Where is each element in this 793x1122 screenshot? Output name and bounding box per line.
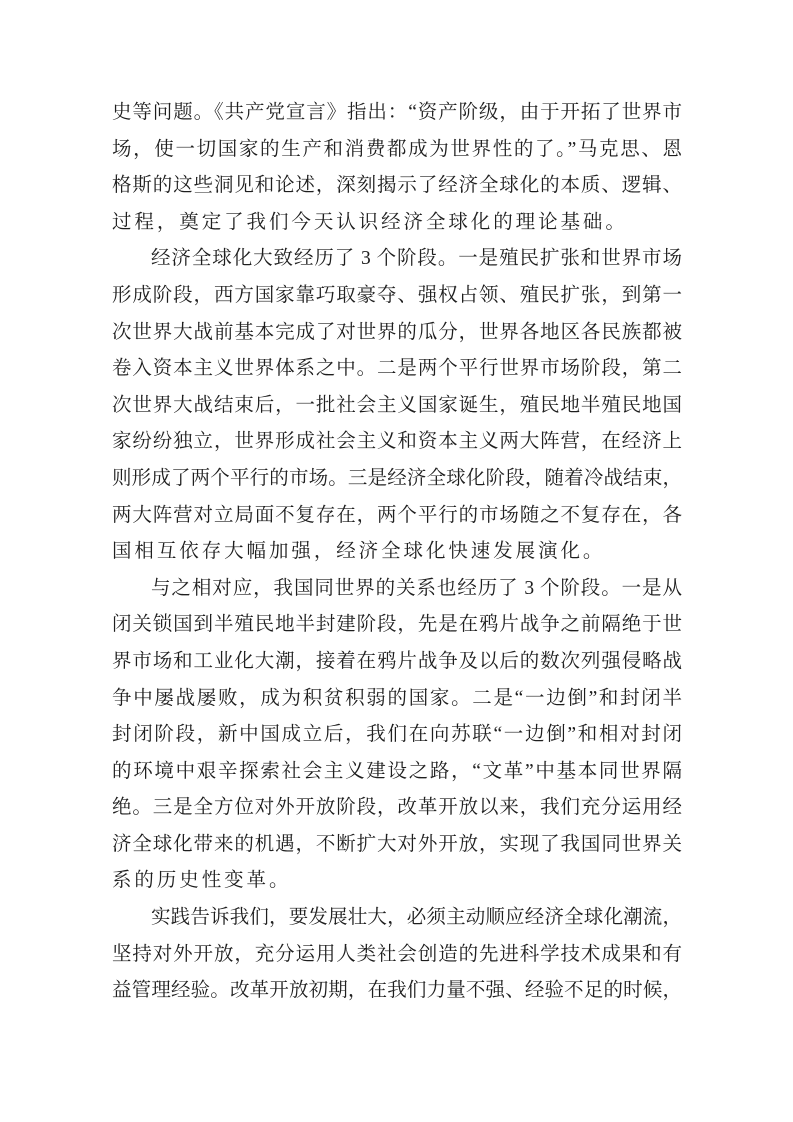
text-line: 的环境中艰辛探索社会主义建设之路，“文革”中基本同世界隔 <box>112 754 682 791</box>
text-line: 家纷纷独立，世界形成社会主义和资本主义两大阵营，在经济上 <box>112 424 682 461</box>
text-line: 与之相对应，我国同世界的关系也经历了 3 个阶段。一是从 <box>112 571 682 608</box>
text-line: 卷入资本主义世界体系之中。二是两个平行世界市场阶段，第二 <box>112 351 682 388</box>
text-line: 绝。三是全方位对外开放阶段，改革开放以来，我们充分运用经 <box>112 790 682 827</box>
document-page: 史等问题。《共产党宣言》指出：“资产阶级，由于开拓了世界市场，使一切国家的生产和… <box>0 0 793 1122</box>
paragraph: 与之相对应，我国同世界的关系也经历了 3 个阶段。一是从闭关锁国到半殖民地半封建… <box>112 571 682 900</box>
text-line: 封闭阶段，新中国成立后，我们在向苏联“一边倒”和相对封闭 <box>112 717 682 754</box>
text-line: 场，使一切国家的生产和消费都成为世界性的了。”马克思、恩 <box>112 132 682 169</box>
text-line: 次世界大战前基本完成了对世界的瓜分，世界各地区各民族都被 <box>112 315 682 352</box>
text-line: 界市场和工业化大潮，接着在鸦片战争及以后的数次列强侵略战 <box>112 644 682 681</box>
text-line: 系的历史性变革。 <box>112 863 682 900</box>
text-line: 国相互依存大幅加强，经济全球化快速发展演化。 <box>112 534 682 571</box>
document-body-text: 史等问题。《共产党宣言》指出：“资产阶级，由于开拓了世界市场，使一切国家的生产和… <box>112 95 682 1010</box>
paragraph: 经济全球化大致经历了 3 个阶段。一是殖民扩张和世界市场形成阶段，西方国家靠巧取… <box>112 241 682 570</box>
paragraph: 史等问题。《共产党宣言》指出：“资产阶级，由于开拓了世界市场，使一切国家的生产和… <box>112 95 682 241</box>
text-line: 两大阵营对立局面不复存在，两个平行的市场随之不复存在，各 <box>112 498 682 535</box>
text-line: 格斯的这些洞见和论述，深刻揭示了经济全球化的本质、逻辑、 <box>112 168 682 205</box>
paragraph: 实践告诉我们，要发展壮大，必须主动顺应经济全球化潮流，坚持对外开放，充分运用人类… <box>112 900 682 1010</box>
text-line: 过程，奠定了我们今天认识经济全球化的理论基础。 <box>112 205 682 242</box>
text-line: 争中屡战屡败，成为积贫积弱的国家。二是“一边倒”和封闭半 <box>112 681 682 718</box>
text-line: 经济全球化大致经历了 3 个阶段。一是殖民扩张和世界市场 <box>112 241 682 278</box>
text-line: 则形成了两个平行的市场。三是经济全球化阶段，随着冷战结束， <box>112 461 682 498</box>
text-line: 坚持对外开放，充分运用人类社会创造的先进科学技术成果和有 <box>112 937 682 974</box>
text-line: 史等问题。《共产党宣言》指出：“资产阶级，由于开拓了世界市 <box>112 95 682 132</box>
text-line: 形成阶段，西方国家靠巧取豪夺、强权占领、殖民扩张，到第一 <box>112 278 682 315</box>
text-line: 济全球化带来的机遇，不断扩大对外开放，实现了我国同世界关 <box>112 827 682 864</box>
text-line: 闭关锁国到半殖民地半封建阶段，先是在鸦片战争之前隔绝于世 <box>112 607 682 644</box>
text-line: 益管理经验。改革开放初期，在我们力量不强、经验不足的时候， <box>112 973 682 1010</box>
text-line: 次世界大战结束后，一批社会主义国家诞生，殖民地半殖民地国 <box>112 388 682 425</box>
text-line: 实践告诉我们，要发展壮大，必须主动顺应经济全球化潮流， <box>112 900 682 937</box>
